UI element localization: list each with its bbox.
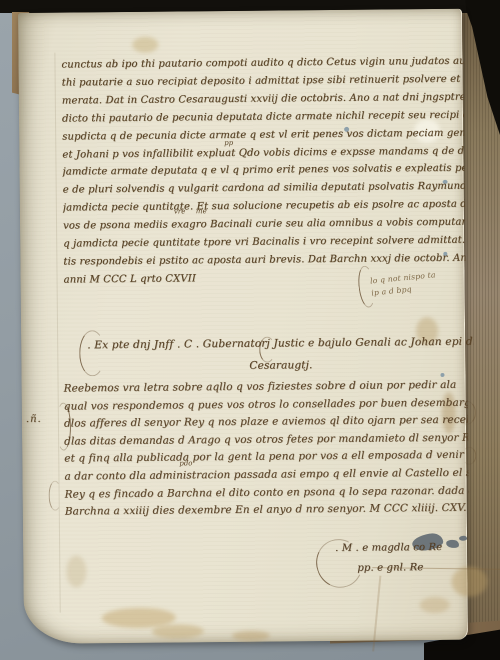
crease-line [372,576,381,652]
paper-stain [102,608,176,629]
flourish-arc [79,330,105,376]
manuscript-page: cunctus ab ipo thi pautario compoti audi… [18,9,468,644]
paragraph-latin-entry: cunctus ab ipo thi pautario compoti audi… [61,53,465,290]
date-line: Barchna a xxiiij dies dexembre En el any… [65,500,469,521]
paper-stain [152,624,204,638]
margin-note-left: .ñ. [26,414,42,425]
heading-address-line: . Ex pte dnj Jnff . C . Gubernatorj Just… [87,336,473,352]
signature-line: . M . e magdla co Re [335,542,442,554]
paper-stain [232,631,270,641]
flourish-arc [48,481,61,511]
ink-blot [459,536,467,541]
paper-stain [420,597,450,613]
heading-place-line: Cesaraugtj. [249,359,312,372]
interlinear-insertion: pp [224,139,233,147]
photo-of-manuscript: cunctus ab ipo thi pautario compoti audi… [0,0,500,660]
crease-line [54,53,60,613]
paragraph-letter: Reebemos vra letra sobre aqllo q vos fiz… [64,377,469,522]
heading-part1: . Ex pte dnj Jnff . C . [87,338,199,351]
margin-note-right: lo q not nispo ta ip a d bpq [370,269,438,298]
heading-part2: Gubernatorj Justic e bajulo Genali ac Jo… [203,336,474,351]
paper-stain [66,555,86,587]
signature-line: pp. e gnl. Re [357,562,423,574]
ink-blot [446,539,460,549]
paper-stain [132,37,158,53]
interlinear-insertion: me [196,207,207,215]
interlinear-insertion: vre [174,207,186,215]
